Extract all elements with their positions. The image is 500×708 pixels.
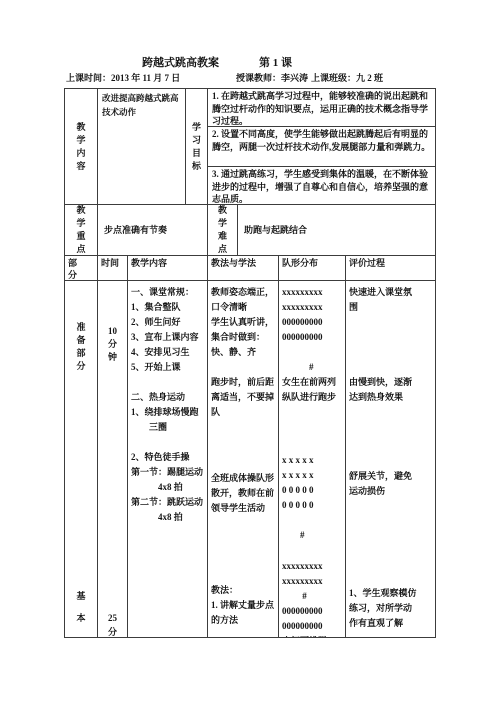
teaching-content-list: 一、课堂常规： 1、集合整队 2、师生问好 3、宣布上课内容 4、安排见习生 5… [128,285,207,525]
methods-teaching: 教法： 1. 讲解丈量步点 的方法 [208,583,278,628]
formation-assembly: xxxxxxxxx xxxxxxxxx 000000000 000000000 … [279,285,345,405]
eval-observe: 1、学生观察模仿 练习，对所学动 作有直观了解 [346,586,435,631]
difficulty-value: 助跑与起跳结合 [238,205,435,255]
methods-column: 教师姿态端正， 口令清晰 学生认真听讲， 集合时做到： 快、静、齐 跑步时，前后… [208,281,279,637]
methods-opening: 教师姿态端正， 口令清晰 学生认真听讲， 集合时做到： 快、静、齐 [208,285,278,360]
eval-warmup: 由慢到快，逐渐 达到热身效果 [346,375,435,405]
header-methods: 教法与学法 [208,256,279,280]
lesson-plan-table: 教学内容 改进提高跨越式跳高 技术动作 学习目标 1. 在跨越式跳高学习过程中，… [64,88,436,638]
lesson-plan-page: 跨越式跳高教案 第 1 课 上课时间：2013 年 11 月 7 日 授课教师：… [0,0,500,708]
lesson-number: 第 1 课 [259,54,292,70]
eval-atmosphere: 快速进入课堂氛 围 [346,285,435,315]
prep-part-label: 准备部分 [76,321,86,373]
methods-running: 跑步时，前后距 离适当，不要掉 队 [208,375,278,420]
basic-part-label: 基本 [76,585,86,629]
eval-joints: 舒展关节，避免 运动损伤 [346,469,435,499]
overview-row: 教学内容 改进提高跨越式跳高 技术动作 学习目标 1. 在跨越式跳高学习过程中，… [65,89,435,205]
objectives-list: 1. 在跨越式跳高学习过程中，能够较准确的说出起跳和腾空过杆动作的知识要点，运用… [208,89,435,204]
part-column: 准备部分 基本 [65,281,98,637]
basic-part-block: 基本 [65,585,97,629]
objective-label-cell: 学习目标 [186,89,208,204]
prep-part-block: 准备部分 [65,321,97,373]
teacher-name: 授课教师：李兴涛 [236,71,308,84]
key-label: 教学重点 [76,205,86,255]
content-column: 一、课堂常规： 1、集合整队 2、师生问好 3、宣布上课内容 4、安排见习生 5… [128,281,208,637]
key-difficulty-row: 教学重点 步点准确有节奏 教学难点 助跑与起跳结合 [65,205,435,256]
time-25min: 25分 [105,611,119,637]
objective-item-2: 2. 设置不同高度，使学生能够做出起跳腾起后有明显的腾空，两腿一次过杆技术动作,… [208,127,435,167]
header-content: 教学内容 [128,256,208,280]
header-time: 时间 [98,256,128,280]
difficulty-label-cell: 教学难点 [208,205,238,255]
evaluation-column: 快速进入课堂氛 围 由慢到快，逐渐 达到热身效果 舒展关节，避免 运动损伤 1、… [346,281,435,637]
teaching-content-value: 改进提高跨越式跳高 技术动作 [98,89,186,204]
class-name: 上课班级：九 2 班 [311,71,383,84]
time-25min-block: 25分 [98,611,127,637]
time-column: 10分钟 25分 [98,281,128,637]
objective-item-1: 1. 在跨越式跳高学习过程中，能够较准确的说出起跳和腾空过杆动作的知识要点，运用… [208,89,435,127]
header-part: 部分 [68,257,79,280]
header-formation: 队形分布 [279,256,346,280]
objective-item-3: 3. 通过跳高练习，学生感受到集体的温暖，在不断体验进步的过程中，增强了自尊心和… [208,167,435,204]
objective-label: 学习目标 [192,121,202,173]
formation-exercise: x x x x x x x x x x 0 0 0 0 0 0 0 0 0 0 … [279,453,345,543]
formation-column: xxxxxxxxx xxxxxxxxx 000000000 000000000 … [279,281,346,637]
key-value: 步点准确有节奏 [98,205,208,255]
difficulty-label: 教学难点 [218,205,228,255]
methods-exercise: 全班成体操队形 散开，教师在前 领导学生活动 [208,471,278,516]
lesson-body-row: 准备部分 基本 10分钟 25分 一、课堂常规： 1、集合整队 2、师生问好 3… [65,281,435,637]
key-label-cell: 教学重点 [65,205,98,255]
header-part-cell: 部分 [65,256,98,280]
teaching-content-label-cell: 教学内容 [65,89,98,204]
header-evaluation: 评价过程 [346,256,435,280]
formation-demo: xxxxxxxxx xxxxxxxxx # 000000000 00000000… [279,559,345,637]
column-header-row: 部分 时间 教学内容 教法与学法 队形分布 评价过程 [65,256,435,281]
objectives-cell: 1. 在跨越式跳高学习过程中，能够较准确的说出起跳和腾空过杆动作的知识要点，运用… [208,89,435,204]
time-10min-block: 10分钟 [98,325,127,364]
teaching-content-label: 教学内容 [76,121,86,173]
document-title: 跨越式跳高教案 [142,54,219,70]
class-info-row: 上课时间：2013 年 11 月 7 日 授课教师：李兴涛 上课班级：九 2 班 [64,71,436,85]
time-10min: 10分钟 [105,325,119,364]
class-time: 上课时间：2013 年 11 月 7 日 [66,71,180,84]
document-title-row: 跨越式跳高教案 第 1 课 [142,54,292,70]
